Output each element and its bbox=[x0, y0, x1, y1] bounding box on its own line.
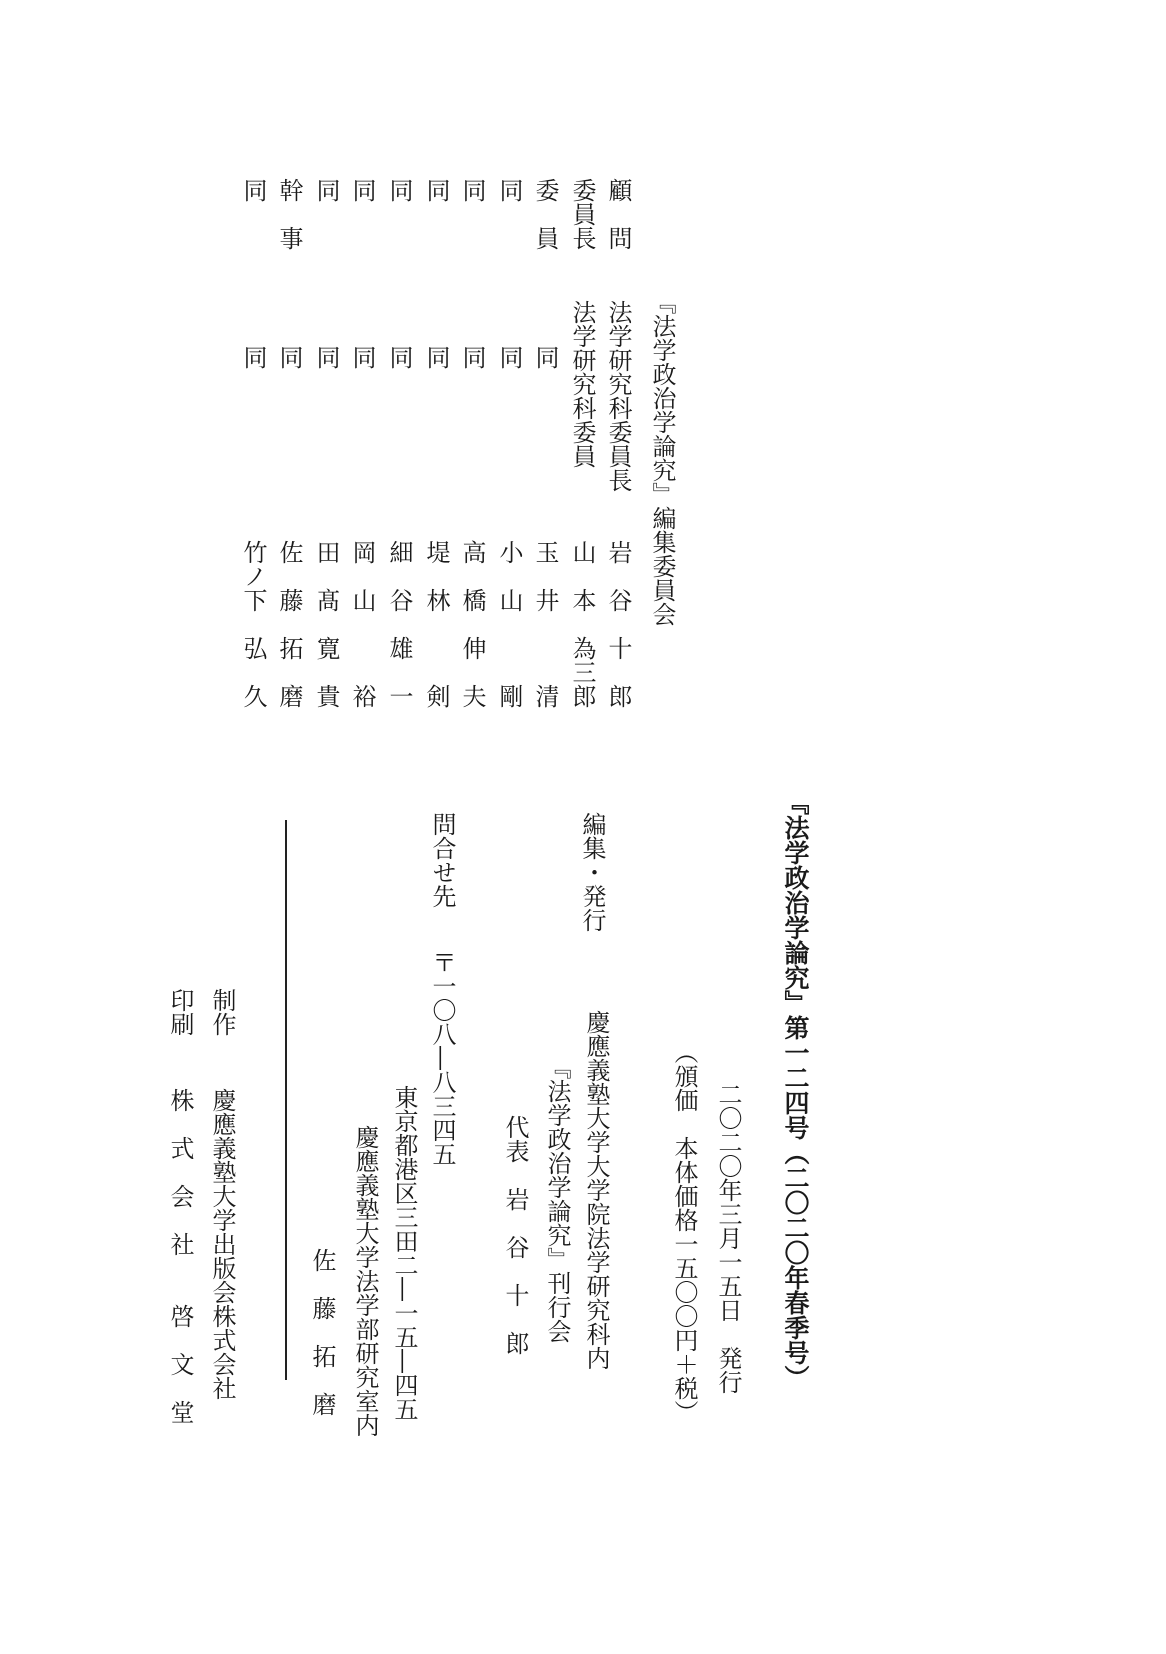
member-role: 同 bbox=[424, 178, 448, 202]
production-label: 制作 bbox=[210, 988, 234, 1036]
contact-person: 佐 藤 拓 磨 bbox=[310, 1248, 334, 1416]
member-title: 法学研究科委員 bbox=[570, 300, 594, 468]
member-role: 委 員 bbox=[533, 178, 557, 250]
member-title: 同 bbox=[533, 345, 557, 369]
divider-line bbox=[285, 820, 287, 1380]
member-title: 同 bbox=[277, 345, 301, 369]
committee-heading: 『法学政治学論究』編集委員会 bbox=[650, 290, 674, 626]
publisher-line2: 『法学政治学論究』刊行会 bbox=[545, 1055, 569, 1343]
member-title: 同 bbox=[460, 345, 484, 369]
member-title: 同 bbox=[424, 345, 448, 369]
member-name: 玉 井 清 bbox=[533, 540, 557, 708]
office: 慶應義塾大学法学部研究室内 bbox=[353, 1125, 377, 1437]
publisher-label: 編集・発行 bbox=[580, 812, 604, 932]
member-name: 佐 藤 拓 磨 bbox=[277, 540, 301, 708]
contact-label: 問合せ先 bbox=[430, 812, 454, 908]
member-name: 細 谷 雄 一 bbox=[387, 540, 411, 708]
member-name: 堤 林 剣 bbox=[424, 540, 448, 708]
member-name: 小 山 剛 bbox=[497, 540, 521, 708]
member-role: 同 bbox=[350, 178, 374, 202]
member-role: 同 bbox=[387, 178, 411, 202]
member-role: 顧 問 bbox=[606, 178, 630, 250]
member-name: 田 髙 寛 貴 bbox=[314, 540, 338, 708]
representative: 代表 岩 谷 十 郎 bbox=[503, 1115, 527, 1355]
member-role: 同 bbox=[497, 178, 521, 202]
publication-title: 『法学政治学論究』第一二四号（二〇二〇年春季号） bbox=[783, 790, 808, 1390]
member-title: 同 bbox=[314, 345, 338, 369]
member-title: 同 bbox=[350, 345, 374, 369]
issue-date: 二〇二〇年三月一五日 発行 bbox=[716, 1082, 740, 1394]
member-name: 山 本 為三郎 bbox=[570, 540, 594, 708]
member-title: 法学研究科委員長 bbox=[606, 300, 630, 492]
member-role: 同 bbox=[241, 178, 265, 202]
member-title: 同 bbox=[241, 345, 265, 369]
member-name: 岩 谷 十 郎 bbox=[606, 540, 630, 708]
postal-code: 〒一〇八―八三四五 bbox=[430, 950, 454, 1166]
publisher-line1: 慶應義塾大学大学院法学研究科内 bbox=[584, 1010, 608, 1370]
member-role: 幹 事 bbox=[277, 178, 301, 250]
member-name: 岡 山 裕 bbox=[350, 540, 374, 708]
price: （頒価 本体価格一五〇〇円＋税） bbox=[672, 1040, 696, 1424]
printing-label: 印刷 bbox=[168, 988, 192, 1036]
member-role: 同 bbox=[314, 178, 338, 202]
member-name: 高 橋 伸 夫 bbox=[460, 540, 484, 708]
production-value: 慶應義塾大学出版会株式会社 bbox=[210, 1088, 234, 1400]
member-name: 竹ノ下 弘 久 bbox=[241, 540, 265, 708]
address: 東京都港区三田二―一五―四五 bbox=[392, 1085, 416, 1421]
printing-value: 株 式 会 社 啓 文 堂 bbox=[168, 1088, 192, 1424]
member-role: 委員長 bbox=[570, 178, 594, 250]
member-role: 同 bbox=[460, 178, 484, 202]
member-title: 同 bbox=[497, 345, 521, 369]
member-title: 同 bbox=[387, 345, 411, 369]
